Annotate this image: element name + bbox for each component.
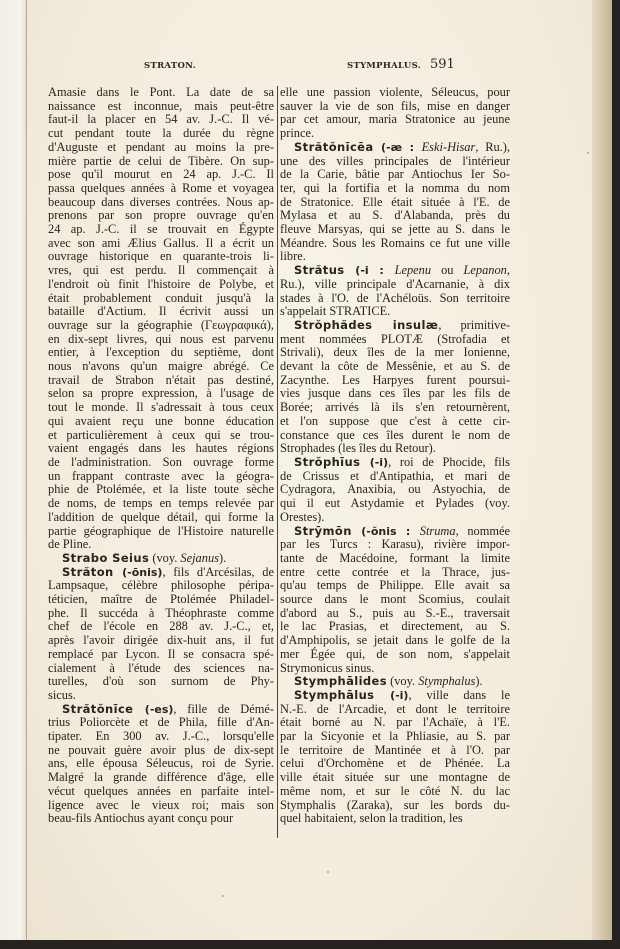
dictionary-entry: Străton (-ōnis), fils d'Arcésilas, deLam… — [48, 566, 274, 703]
text-line: mière partie de celui de Tibère. On sup- — [48, 155, 274, 169]
dictionary-entry: Strŏphīus (-i), roi de Phocide, filsde C… — [280, 456, 510, 525]
text-line: source dans le mont Scomius, coulait — [280, 593, 510, 607]
headword: Stymphālus — [294, 688, 374, 702]
text-line: trius Poliorcète et de Phila, fille d'An… — [48, 716, 274, 730]
background-bottom — [0, 940, 620, 949]
entry-first-line: Strătŏnīcēa (-æ : Eski-Hisar, Ru.), — [280, 141, 510, 155]
entry-text: (voy. — [149, 551, 180, 565]
headword: Străton — [62, 565, 114, 579]
grammar-note: (-i) — [374, 689, 408, 702]
text-line: N.-E. de l'Arcadie, et dont le territoir… — [280, 703, 510, 717]
text-line: entre cette contrée et la Thrace, jus- — [280, 566, 510, 580]
entry-first-line: Strŏphīus (-i), roi de Phocide, fils — [280, 456, 510, 470]
text-line: remplacé par Lycon. Il se consacra spé- — [48, 648, 274, 662]
headword: Stymphālides — [294, 674, 387, 688]
entry-first-line: Strabo Seius (voy. Sejanus). — [48, 552, 274, 566]
page-number: 591 — [430, 57, 455, 72]
grammar-note: (-es) — [133, 703, 173, 716]
text-line: 24 ap. J.-C. il se trouvait en Égypte — [48, 223, 274, 237]
text-line: par cet amour, maria Stratonice au jeune — [280, 113, 510, 127]
book-page: STRATON. STYMPHALUS. 591 Amasie dans le … — [27, 0, 595, 942]
text-line: ter, qui la fortifia et la nomma du nom — [280, 182, 510, 196]
entry-text: , fils d'Arcésilas, de — [162, 565, 274, 579]
entry-text: , — [507, 263, 510, 277]
text-line: Borée; arrivés là ils s'en retournèrent, — [280, 401, 510, 415]
entry-text: (voy. — [387, 674, 418, 688]
left-column: Amasie dans le Pont. La date de sanaissa… — [48, 86, 274, 826]
text-line: faut-il la placer en 54 av. J.-C. Il vé- — [48, 113, 274, 127]
text-line: Amasie dans le Pont. La date de sa — [48, 86, 274, 100]
text-line: qu'au temps de Philippe. Elle avait sa — [280, 579, 510, 593]
text-line: travail de Strabon n'était pas destiné, — [48, 374, 274, 388]
entry-text: , roi de Phocide, fils — [388, 455, 510, 469]
text-line: bataille d'Actium. Il écrivit aussi un — [48, 305, 274, 319]
dictionary-entry: Strabo Seius (voy. Sejanus). — [48, 552, 274, 566]
grammar-note: (-æ : — [374, 141, 422, 154]
text-line: de Crissus et d'Antipathia, et mari de — [280, 470, 510, 484]
text-line: qui avaient reçu une bonne éducation — [48, 415, 274, 429]
continued-text: Amasie dans le Pont. La date de sanaissa… — [48, 86, 274, 552]
text-line: vres, qui est perdu. Il commençait à — [48, 264, 274, 278]
text-line: qui il eut Astydamie et Pylades (voy. — [280, 497, 510, 511]
text-line: tante de Macédoine, formant la limite — [280, 552, 510, 566]
text-line: d'abord au S., puis au S.-E., traversait — [280, 607, 510, 621]
text-line: ment nommées PLOTÆ (Strofadia et — [280, 333, 510, 347]
entry-first-line: Stymphālides (voy. Stymphalus). — [280, 675, 510, 689]
italic-term: Struma — [420, 524, 456, 538]
background — [612, 0, 620, 949]
italic-term: Stymphalus — [418, 674, 475, 688]
text-line: ouvrage historique en quarante-trois li- — [48, 250, 274, 264]
text-line: téticien, maître de Ptolémée Philadel- — [48, 593, 274, 607]
text-line: l'endroit où finit l'histoire de Polybe,… — [48, 278, 274, 292]
text-line: chef de l'école en 288 av. J.-C., et, — [48, 620, 274, 634]
text-line: par la Sicyonie et la Phliasie, au S. pa… — [280, 730, 510, 744]
entry-text: ). — [219, 551, 226, 565]
text-line: et l'on suppose que c'est à cette cir- — [280, 415, 510, 429]
text-line: Stymphalis (Zaraka), sur les bords du- — [280, 799, 510, 813]
entry-text: , primitive- — [438, 318, 510, 332]
entry-text: ). — [475, 674, 482, 688]
entry-first-line: Străton (-ōnis), fils d'Arcésilas, de — [48, 566, 274, 580]
text-line: tout le monde. Il s'adressait à tous ceu… — [48, 401, 274, 415]
entry-first-line: Stymphālus (-i), ville dans le — [280, 689, 510, 703]
entry-first-line: Strătŏnīce (-es), fille de Démé- — [48, 703, 274, 717]
foxing-spot — [222, 895, 224, 897]
text-line: nous n'avons qu'un maigre abrégé. Ce — [48, 360, 274, 374]
text-line: tipater. En 300 av. J.-C., lorsqu'elle — [48, 730, 274, 744]
italic-term: Eski-Hisar — [422, 140, 476, 154]
text-line: naissance est inconnue, mais peut-être — [48, 100, 274, 114]
text-line: de la Carie, bâtie par Antiochus Ier So- — [280, 168, 510, 182]
text-line: après l'avoir dirigée dix-huit ans, il f… — [48, 634, 274, 648]
text-line: cialement à l'étude des sciences na- — [48, 662, 274, 676]
text-line: l'addition de quelque détail, qui forme … — [48, 511, 274, 525]
text-line: le territoire de Mantinée et à l'O. par — [280, 744, 510, 758]
text-line: passa quelques années à Rome et voyagea — [48, 182, 274, 196]
text-line: par les Turcs : Karasu), rivière impor- — [280, 538, 510, 552]
text-line: même nom, et sur le côté N. du lac — [280, 785, 510, 799]
entry-text: , fille de Démé- — [173, 702, 274, 716]
grammar-note: (-i : — [345, 264, 395, 277]
text-line: était probablement conduit jusqu'à la — [48, 292, 274, 306]
facing-page-edge — [0, 0, 27, 940]
entry-text: , ville dans le — [408, 688, 510, 702]
headword: Strabo Seius — [62, 551, 149, 565]
grammar-note: (-ŏnis : — [352, 525, 420, 538]
italic-term: Lepenu — [395, 263, 431, 277]
dictionary-entry: Strătŏnīce (-es), fille de Démé-trius Po… — [48, 703, 274, 826]
text-line: le lac Prasias, et directement, au S. — [280, 620, 510, 634]
text-line: d'Amphipolis, se jetait dans le golfe de… — [280, 634, 510, 648]
text-line: Strymonicus sinus. — [280, 662, 510, 676]
text-line: constance que ces îles durent le nom de — [280, 429, 510, 443]
text-line: turelles, d'où son surnom de Phy- — [48, 675, 274, 689]
running-head: STRATON. STYMPHALUS. 591 — [27, 57, 595, 77]
text-line: Cydragora, Anaxibia, ou Astyochia, de — [280, 483, 510, 497]
text-line: elle une passion violente, Séleucus, pou… — [280, 86, 510, 100]
continued-text: elle une passion violente, Séleucus, pou… — [280, 86, 510, 141]
text-line: entier, à l'exception du septième, dont — [48, 346, 274, 360]
headword: Strŏphădes insulæ — [294, 318, 438, 332]
text-line: Zacynthe. Les Harpyes furent poursui- — [280, 374, 510, 388]
text-line: ville était située sur une montagne de — [280, 771, 510, 785]
text-line: Lampsaque, célèbre philosophe péripa- — [48, 579, 274, 593]
text-line: Malgré la grande différence d'âge, elle — [48, 771, 274, 785]
entry-text: ou — [431, 263, 463, 277]
text-line: et particulièrement à ceux qui se trou- — [48, 429, 274, 443]
text-line: vécut quelques années en parfaite intel- — [48, 785, 274, 799]
text-line: selon sa propre expression, à l'usage de — [48, 387, 274, 401]
italic-term: Sejanus — [180, 551, 219, 565]
dictionary-entry: Strătŏnīcēa (-æ : Eski-Hisar, Ru.),une d… — [280, 141, 510, 264]
entry-text: , nommée — [456, 524, 510, 538]
text-line: prenons par son propre ouvrage qu'en — [48, 209, 274, 223]
entry-text: , Ru.), — [475, 140, 510, 154]
text-line: libre. — [280, 250, 510, 264]
text-line: mer Égée qui, de son nom, s'appelait — [280, 648, 510, 662]
text-line: Ru.), ville principale d'Acarnanie, à di… — [280, 278, 510, 292]
text-line: phie de Ptolémée, et la liste toute sèch… — [48, 483, 274, 497]
text-line: sauver la vie de son fils, mise en dange… — [280, 100, 510, 114]
headword: Strătŏnīcēa — [294, 140, 374, 154]
text-line: de Stratonice. Elle était située à l'E. … — [280, 196, 510, 210]
text-line: était borné au N. par l'Achaïe, à l'E. — [280, 716, 510, 730]
text-line: Strophades (les îles du Retour). — [280, 442, 510, 456]
running-head-center: STYMPHALUS. — [347, 61, 421, 71]
text-line: pose qu'il mourut en 24 ap. J.-C. Il — [48, 168, 274, 182]
text-line: ne pouvait guère avoir plus de dix-sept — [48, 744, 274, 758]
running-head-left: STRATON. — [144, 61, 196, 71]
text-line: une des villes principales de l'intérieu… — [280, 155, 510, 169]
entry-first-line: Strŏphădes insulæ, primitive- — [280, 319, 510, 333]
text-line: ans, elle épousa Séleucus, roi de Syrie. — [48, 757, 274, 771]
text-line: vies jusque dans ces îles par les fils d… — [280, 387, 510, 401]
text-line: s'appelait STRATICE. — [280, 305, 510, 319]
headword: Strȳmōn — [294, 524, 352, 538]
grammar-note: (-ōnis) — [114, 566, 163, 579]
text-line: vaient engagés dans les hautes régions — [48, 442, 274, 456]
text-line: Strivali), deux îles de la mer Ionienne, — [280, 346, 510, 360]
dictionary-entry: Stymphālides (voy. Stymphalus). — [280, 675, 510, 689]
text-line: cut pendant toute la durée du règne — [48, 127, 274, 141]
foxing-spot — [327, 871, 329, 873]
text-line: en dix-sept livres, qui nous est parvenu — [48, 333, 274, 347]
text-line: de l'administration. Son ouvrage forme — [48, 456, 274, 470]
text-line: ligence avec le vieux roi; mais son — [48, 799, 274, 813]
text-line: Orestes). — [280, 511, 510, 525]
text-line: partie géographique de l'Histoire nature… — [48, 525, 274, 539]
dictionary-entry: Strȳmōn (-ŏnis : Struma, nomméepar les T… — [280, 525, 510, 676]
text-line: d'Auguste et pendant au moins la pre- — [48, 141, 274, 155]
text-line: devant la côte de Messênie, et au S. de — [280, 360, 510, 374]
grammar-note: (-i) — [360, 456, 388, 469]
text-line: quel habitaient, selon la tradition, les — [280, 812, 510, 826]
entry-first-line: Strȳmōn (-ŏnis : Struma, nommée — [280, 525, 510, 539]
dictionary-entry: Strŏphădes insulæ, primitive-ment nommée… — [280, 319, 510, 456]
dictionary-entry: Strătus (-i : Lepenu ou Lepanon,Ru.), vi… — [280, 264, 510, 319]
right-column: elle une passion violente, Séleucus, pou… — [280, 86, 510, 826]
text-line: prince. — [280, 127, 510, 141]
column-divider — [277, 86, 278, 838]
text-line: avec son ami Ælius Gallus. Il a écrit un — [48, 237, 274, 251]
text-line: phe. Il succéda à Théophraste comme — [48, 607, 274, 621]
headword: Strătŏnīce — [62, 702, 133, 716]
headword: Strătus — [294, 263, 345, 277]
text-line: Méandre. Sous les Romains ce fut une vil… — [280, 237, 510, 251]
text-line: celui d'Orchomène et de Phénée. La — [280, 757, 510, 771]
italic-term: Lepanon — [464, 263, 507, 277]
foxing-spot — [587, 152, 589, 154]
text-line: beaucoup dans diverses contrées. Nous ap… — [48, 196, 274, 210]
dictionary-entry: Stymphālus (-i), ville dans leN.-E. de l… — [280, 689, 510, 826]
text-line: ouvrage sur la géographie (Γεωγραφικά), — [48, 319, 274, 333]
text-line: fleuve Marsyas, qui se jette au S. dans … — [280, 223, 510, 237]
text-line: un frappant contraste avec la géogra- — [48, 470, 274, 484]
text-line: sicus. — [48, 689, 274, 703]
text-line: beau-fils Antiochus ayant conçu pour — [48, 812, 274, 826]
text-line: de noms, de temps en temps relevée par — [48, 497, 274, 511]
page-stack-edge — [592, 0, 612, 945]
text-line: Mylasa et au S. d'Alabanda, près du — [280, 209, 510, 223]
text-line: stades à l'O. de l'Achéloüs. Son territo… — [280, 292, 510, 306]
text-line: de Pline. — [48, 538, 274, 552]
entry-first-line: Strătus (-i : Lepenu ou Lepanon, — [280, 264, 510, 278]
headword: Strŏphīus — [294, 455, 360, 469]
